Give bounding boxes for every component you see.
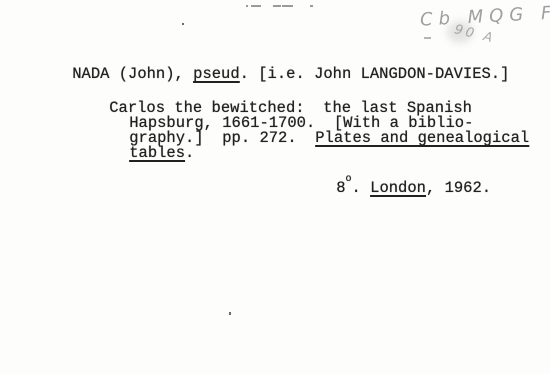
scan-speck xyxy=(229,312,231,315)
card-top-edge-dash xyxy=(246,5,248,7)
imprint-line: 8o. London, 1962. xyxy=(299,162,491,211)
author-heading-post: . [i.e. John LANGDON-DAVIES.] xyxy=(240,65,510,83)
card-top-edge-dash xyxy=(282,5,293,7)
tables-underlined-text: tables xyxy=(129,144,185,162)
title-line-4: tables. xyxy=(92,131,194,176)
card-top-edge-dash xyxy=(310,5,313,7)
scan-speck xyxy=(182,23,184,25)
card-top-edge-dash xyxy=(273,5,281,7)
scan-speck xyxy=(424,37,431,39)
catalogue-card: Cb MQG F 90 A NADA (John), pseud. [i.e. … xyxy=(0,0,550,374)
pencil-shelfmark-annotation: Cb MQG F xyxy=(420,2,550,30)
format-number-text: 8 xyxy=(336,179,345,197)
place-underlined-text: London xyxy=(370,179,426,197)
imprint-separator-text: . xyxy=(352,179,371,197)
format-superscript-o: o xyxy=(346,174,352,185)
imprint-date-text: , 1962. xyxy=(426,179,491,197)
title-text-4-post: . xyxy=(185,144,194,162)
author-heading-pre: NADA (John), xyxy=(72,65,193,83)
pseud-underlined-text: pseud xyxy=(193,65,240,83)
plates-note-underlined-text: Plates and genealogical xyxy=(315,129,529,147)
card-top-edge-dash xyxy=(251,5,261,7)
